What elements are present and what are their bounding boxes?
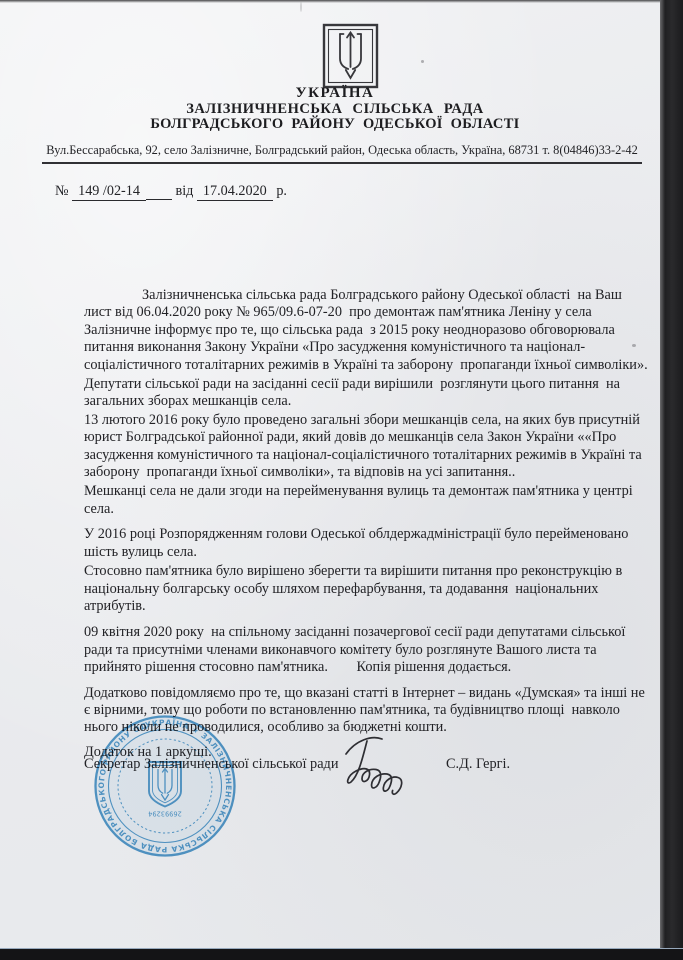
scanned-letter-page: УКРАЇНА ЗАЛІЗНИЧНЕНСЬКА СІЛЬСЬКА РАДА БО… [0, 0, 683, 960]
letter-date: 17.04.2020 [197, 183, 273, 201]
letter-paragraph: 13 лютого 2016 року було проведено загал… [84, 412, 650, 482]
scan-speck [300, 2, 302, 12]
letter-paragraph: Депутати сільської ради на засіданні сес… [84, 376, 650, 411]
outgoing-number: 149 /02-14 [72, 183, 146, 201]
date-label: від [176, 183, 194, 199]
reference-line: № 149 /02-14 від 17.04.2020 р. [55, 183, 287, 200]
letter-body: Залізничненська сільська рада Болградськ… [84, 287, 650, 761]
district-name: БОЛГРАДСЬКОГО РАЙОНУ ОДЕСЬКОЇ ОБЛАСТІ [20, 116, 650, 133]
year-suffix: р. [276, 183, 287, 199]
letter-paragraph: 09 квітня 2020 року на спільному засідан… [84, 624, 650, 676]
stamp-edrpou-code: 26993294 [148, 810, 182, 818]
letter-paragraph: Мешканці села не дали згоди на переймену… [84, 483, 650, 518]
scanner-edge-right [660, 0, 683, 960]
letter-paragraph: Залізничненська сільська рада Болградськ… [84, 287, 650, 374]
scanner-edge-top [0, 0, 683, 3]
letter-paragraph: Стосовно пам'ятника було вирішено зберег… [84, 563, 650, 615]
number-blank-underline [146, 185, 172, 200]
signer-name: С.Д. Гергі. [446, 756, 510, 773]
address-line: Вул.Бессарабська, 92, село Залізничне, Б… [42, 143, 642, 164]
number-sign: № [55, 183, 69, 199]
country-name: УКРАЇНА [20, 85, 650, 102]
handwritten-signature-icon [340, 730, 446, 800]
scan-speck [421, 60, 424, 63]
scanner-edge-bottom [0, 948, 683, 960]
official-round-stamp: УКРАЇНА ★ ЗАЛІЗНИЧНЕНСЬКА СІЛЬСЬКА РАДА … [92, 713, 238, 859]
tryzub-emblem-icon [322, 23, 379, 89]
letter-paragraph: У 2016 році Розпорядженням голови Одеськ… [84, 526, 650, 561]
